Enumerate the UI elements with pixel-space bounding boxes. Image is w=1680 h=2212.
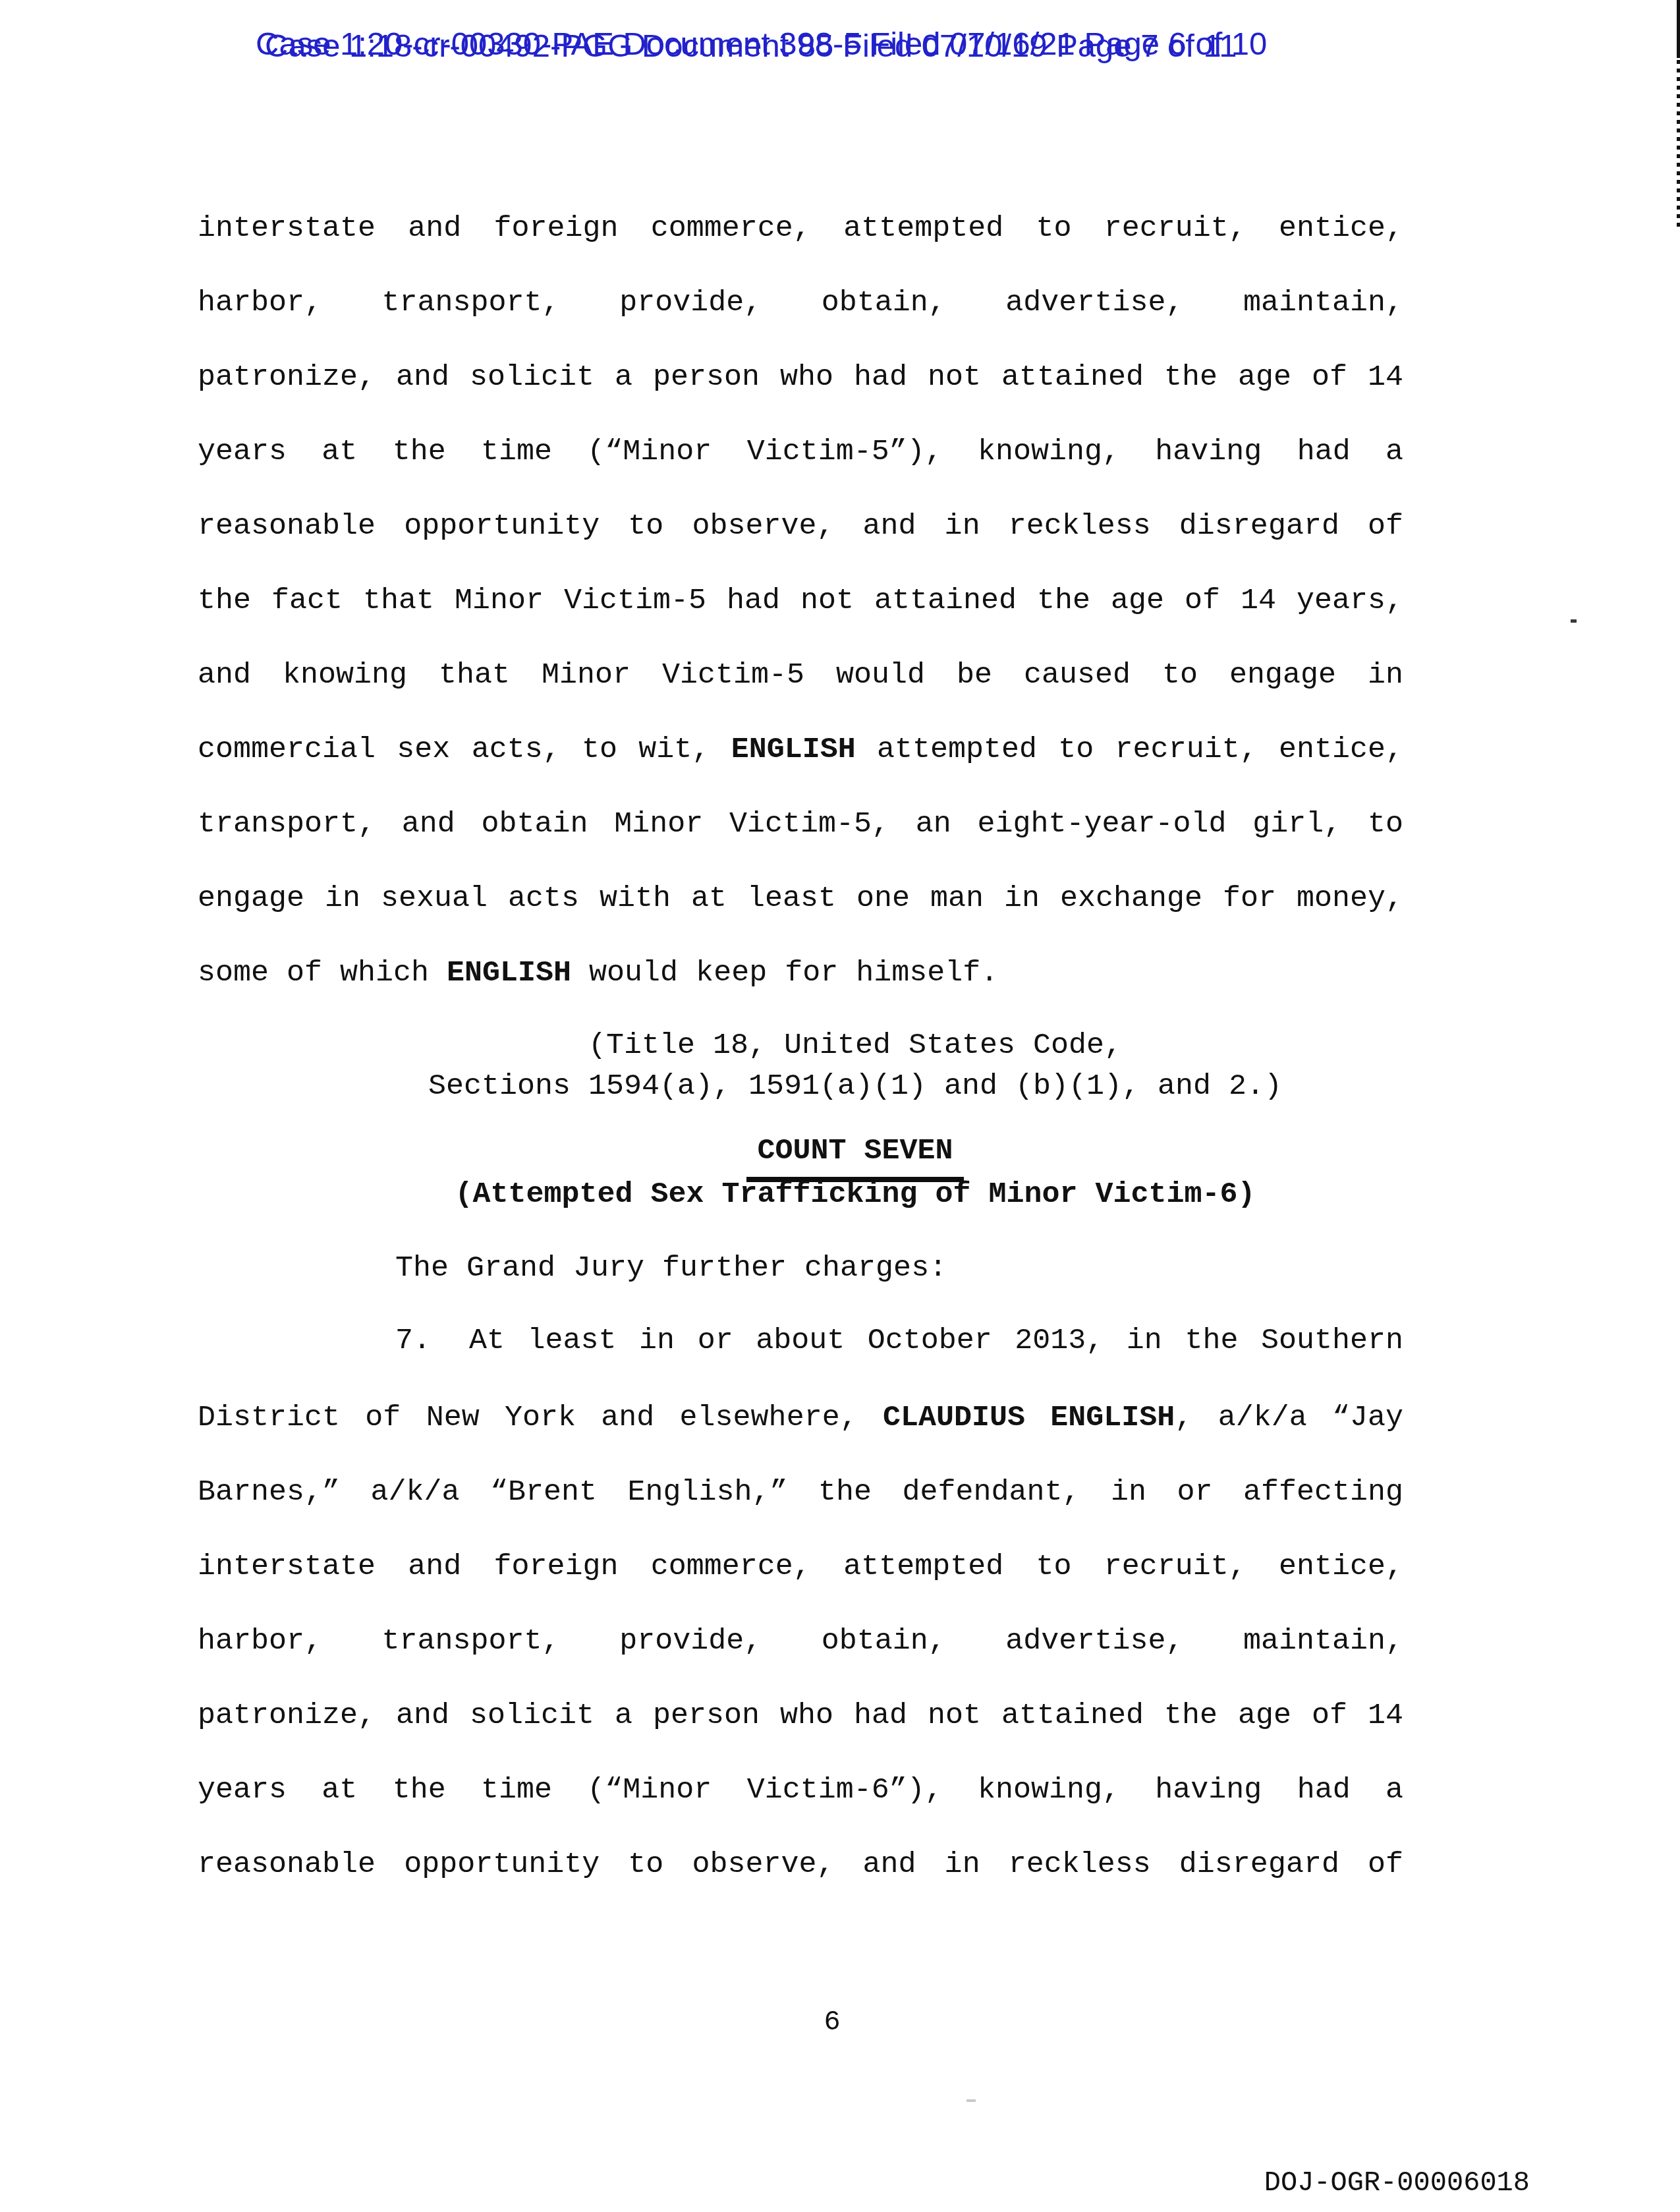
body-line: years at the time (“Minor Victim-6”), kn… xyxy=(198,1753,1403,1827)
body-line: transport, and obtain Minor Victim-5, an… xyxy=(198,787,1403,861)
body-line: interstate and foreign commerce, attempt… xyxy=(198,1529,1403,1604)
count-six-paragraph: interstate and foreign commerce, attempt… xyxy=(198,191,1403,1010)
body-line: engage in sexual acts with at least one … xyxy=(198,861,1403,936)
scan-artifact-speck xyxy=(966,2099,976,2102)
body-text: At least in or about October 2013, in th… xyxy=(469,1324,1403,1357)
header-case-stamp-b: Case 1:18-cr-00492-PGG Document 85 Filed… xyxy=(265,26,1237,67)
body-line: reasonable opportunity to observe, and i… xyxy=(198,1827,1403,1902)
citation-line: (Title 18, United States Code, xyxy=(30,1025,1680,1066)
body-text: would keep for himself. xyxy=(571,956,998,990)
body-line: commercial sex acts, to wit, ENGLISH att… xyxy=(198,712,1403,787)
scanned-court-document-page: Case 1:20-cr-00330-PAE Document 398-5 Fi… xyxy=(0,0,1680,2212)
body-text: District of New York and elsewhere, xyxy=(198,1401,883,1434)
page-number: 6 xyxy=(0,2002,1664,2043)
paragraph-number: 7. xyxy=(395,1324,431,1357)
defendant-name: ENGLISH xyxy=(731,733,856,766)
body-text: , a/k/a “Jay xyxy=(1175,1401,1403,1434)
defendant-name: CLAUDIUS ENGLISH xyxy=(883,1401,1175,1434)
body-line: and knowing that Minor Victim-5 would be… xyxy=(198,638,1403,712)
body-line: some of which ENGLISH would keep for him… xyxy=(198,936,1403,1010)
scan-artifact-edge-bar xyxy=(1677,0,1680,58)
count-seven-paragraph: District of New York and elsewhere, CLAU… xyxy=(198,1380,1403,1902)
body-line: the fact that Minor Victim-5 had not att… xyxy=(198,563,1403,638)
bates-number: DOJ-OGR-00006018 xyxy=(1264,2163,1530,2203)
body-line: patronize, and solicit a person who had … xyxy=(198,340,1403,414)
body-line: harbor, transport, provide, obtain, adve… xyxy=(198,1604,1403,1678)
body-text: some of which xyxy=(198,956,447,990)
citation-line: Sections 1594(a), 1591(a)(1) and (b)(1),… xyxy=(30,1066,1680,1107)
body-text: attempted to recruit, entice, xyxy=(856,733,1403,766)
body-text: commercial sex acts, to wit, xyxy=(198,733,731,766)
body-line: reasonable opportunity to observe, and i… xyxy=(198,489,1403,563)
body-line: patronize, and solicit a person who had … xyxy=(198,1678,1403,1753)
body-line: years at the time (“Minor Victim-5”), kn… xyxy=(198,414,1403,489)
count-six-citation: (Title 18, United States Code, Sections … xyxy=(0,1025,1680,1107)
grand-jury-intro: The Grand Jury further charges: xyxy=(198,1248,1403,1289)
count-seven-subheading: (Attempted Sex Trafficking of Minor Vict… xyxy=(0,1174,1680,1215)
paragraph-7-first-line: 7.At least in or about October 2013, in … xyxy=(198,1320,1403,1361)
body-line: interstate and foreign commerce, attempt… xyxy=(198,191,1403,266)
body-line: harbor, transport, provide, obtain, adve… xyxy=(198,266,1403,340)
body-line: District of New York and elsewhere, CLAU… xyxy=(198,1380,1403,1455)
defendant-name: ENGLISH xyxy=(447,956,571,990)
body-line: Barnes,” a/k/a “Brent English,” the defe… xyxy=(198,1455,1403,1529)
scan-artifact-speck xyxy=(1571,619,1577,623)
